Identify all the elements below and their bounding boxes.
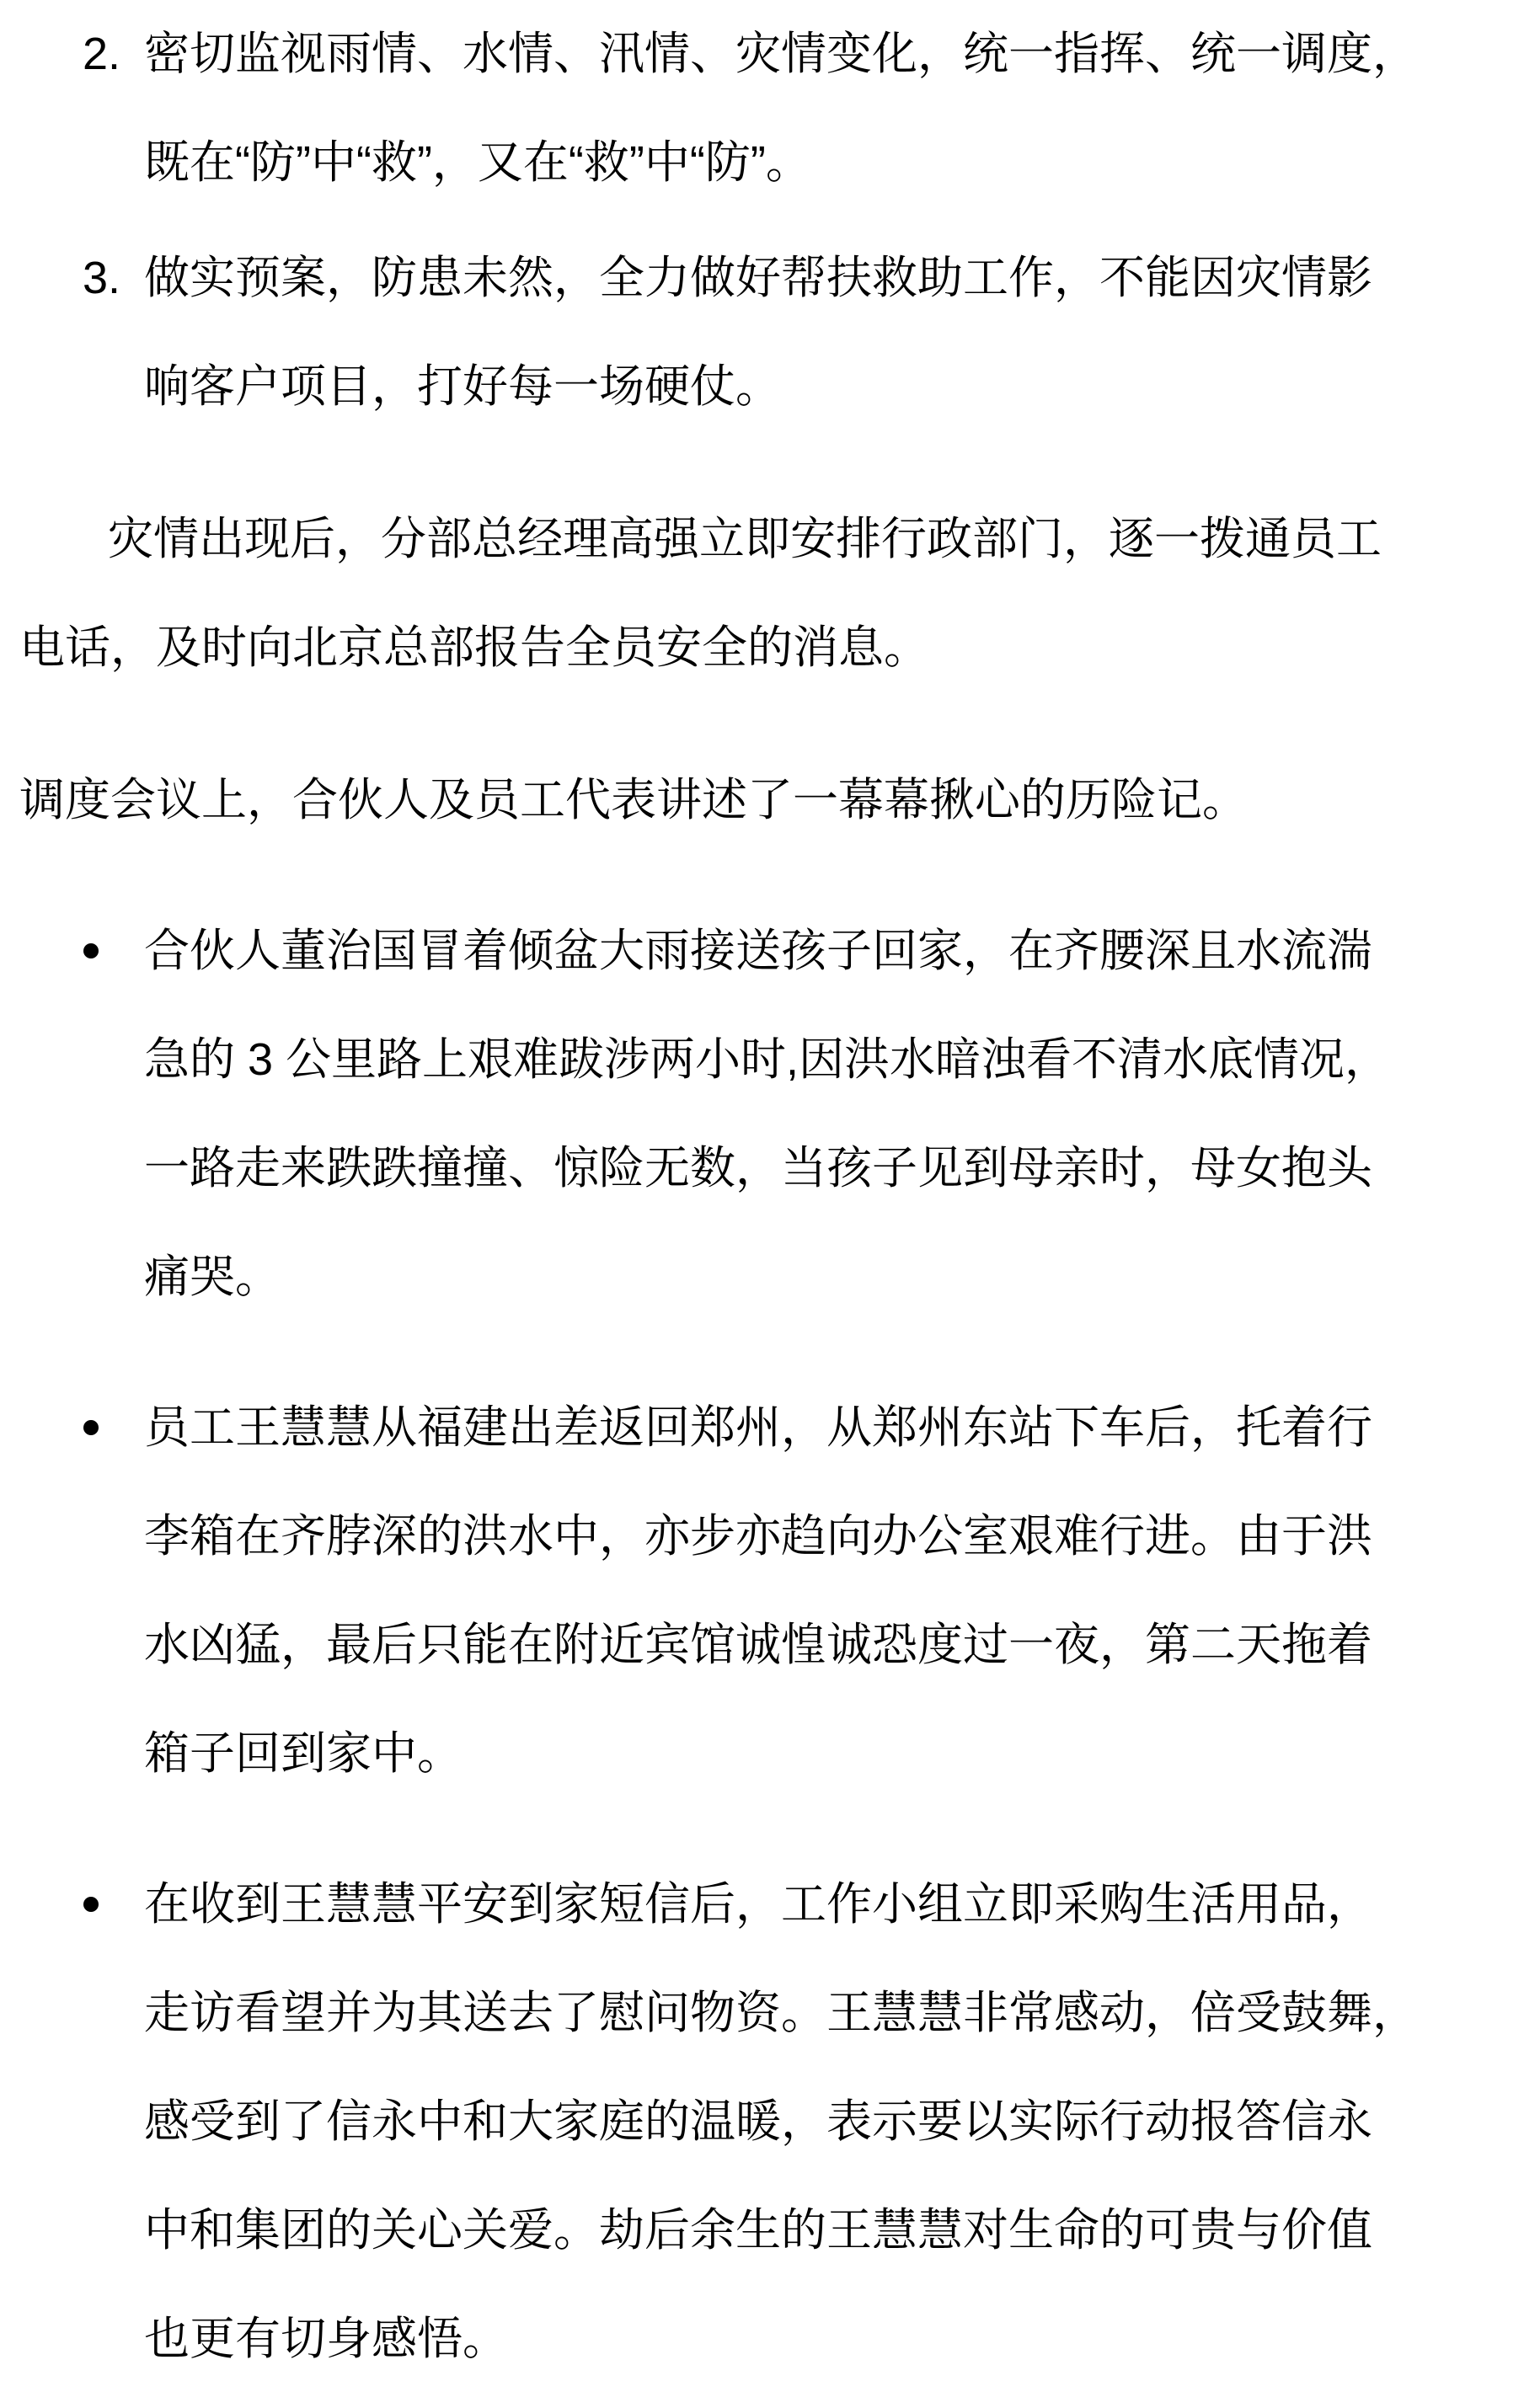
list-number: 3. xyxy=(83,224,120,333)
list-number: 2. xyxy=(83,0,120,109)
document-page: { "colors": { "background": "#ffffff", "… xyxy=(0,0,1524,2408)
text-line: 员工王慧慧从福建出差返回郑州，从郑州东站下车后，托着行 xyxy=(144,1374,1490,1482)
text-line: 李箱在齐脖深的洪水中，亦步亦趋向办公室艰难行进。由于洪 xyxy=(144,1482,1490,1591)
text-line: 也更有切身感悟。 xyxy=(144,2285,1490,2394)
document-body: 2. 密切监视雨情、水情、汛情、灾情变化，统一指挥、统一调度， 既在“防”中“救… xyxy=(0,0,1524,2394)
bullet-icon xyxy=(83,943,99,958)
numbered-item-2: 2. 密切监视雨情、水情、汛情、灾情变化，统一指挥、统一调度， 既在“防”中“救… xyxy=(19,0,1490,217)
text-line: 急的 3 公里路上艰难跋涉两小时,因洪水暗浊看不清水底情况， xyxy=(144,1006,1490,1114)
text-line: 电话，及时向北京总部报告全员安全的消息。 xyxy=(19,594,1490,702)
text-line: 密切监视雨情、水情、汛情、灾情变化，统一指挥、统一调度， xyxy=(144,0,1490,109)
text-line: 响客户项目，打好每一场硬仗。 xyxy=(144,333,1490,441)
text-line: 调度会议上，合伙人及员工代表讲述了一幕幕揪心的历险记。 xyxy=(19,746,1490,855)
bullet-item-wanghuihui-journey: 员工王慧慧从福建出差返回郑州，从郑州东站下车后，托着行 李箱在齐脖深的洪水中，亦… xyxy=(19,1374,1490,1808)
numbered-item-3: 3. 做实预案，防患未然，全力做好帮扶救助工作，不能因灾情影 响客户项目，打好每… xyxy=(19,224,1490,441)
text-line: 感受到了信永中和大家庭的温暖，表示要以实际行动报答信永 xyxy=(144,2068,1490,2176)
text-line: 合伙人董治国冒着倾盆大雨接送孩子回家，在齐腰深且水流湍 xyxy=(144,897,1490,1006)
text-line: 中和集团的关心关爱。劫后余生的王慧慧对生命的可贵与价值 xyxy=(144,2176,1490,2285)
bullet-icon xyxy=(83,1897,99,1912)
paragraph-disaster-report: 灾情出现后，分部总经理高强立即安排行政部门，逐一拨通员工 电话，及时向北京总部报… xyxy=(19,485,1490,702)
text-line: 既在“防”中“救”，又在“救”中“防”。 xyxy=(144,109,1490,217)
text-line: 水凶猛，最后只能在附近宾馆诚惶诚恐度过一夜，第二天拖着 xyxy=(144,1591,1490,1700)
text-line: 箱子回到家中。 xyxy=(144,1700,1490,1808)
text-line: 灾情出现后，分部总经理高强立即安排行政部门，逐一拨通员工 xyxy=(19,485,1490,594)
text-line: 做实预案，防患未然，全力做好帮扶救助工作，不能因灾情影 xyxy=(144,224,1490,333)
paragraph-meeting: 调度会议上，合伙人及员工代表讲述了一幕幕揪心的历险记。 xyxy=(19,746,1490,855)
text-line: 走访看望并为其送去了慰问物资。王慧慧非常感动，倍受鼓舞， xyxy=(144,1959,1490,2068)
bullet-item-dongzhiguo: 合伙人董治国冒着倾盆大雨接送孩子回家，在齐腰深且水流湍 急的 3 公里路上艰难跋… xyxy=(19,897,1490,1332)
text-line: 一路走来跌跌撞撞、惊险无数，当孩子见到母亲时，母女抱头 xyxy=(144,1114,1490,1223)
text-line: 在收到王慧慧平安到家短信后，工作小组立即采购生活用品， xyxy=(144,1850,1490,1959)
bullet-icon xyxy=(83,1420,99,1435)
bullet-item-wanghuihui-care: 在收到王慧慧平安到家短信后，工作小组立即采购生活用品， 走访看望并为其送去了慰问… xyxy=(19,1850,1490,2394)
text-line: 痛哭。 xyxy=(144,1223,1490,1332)
